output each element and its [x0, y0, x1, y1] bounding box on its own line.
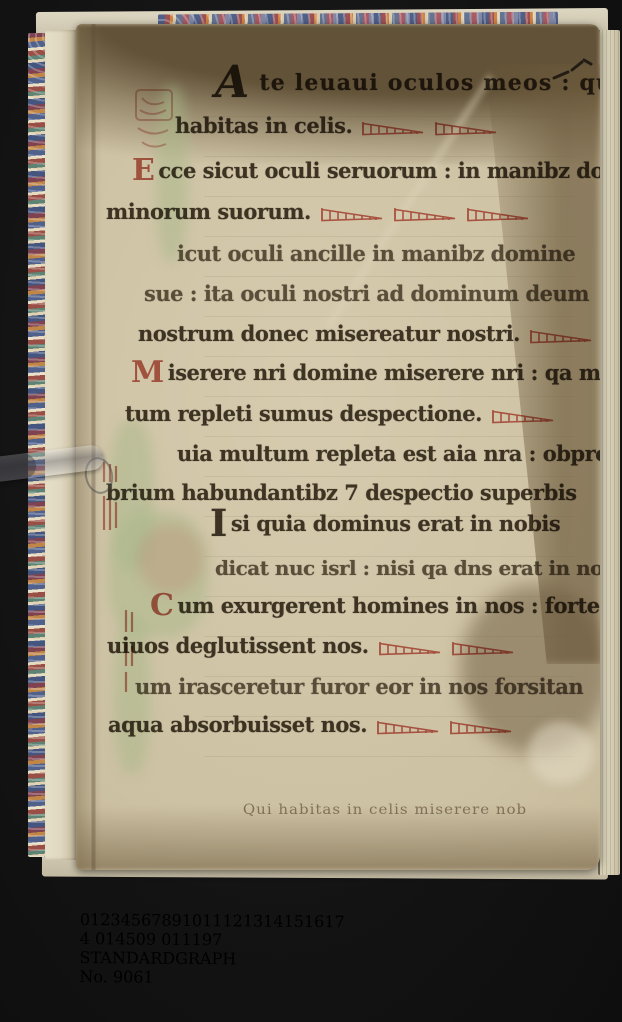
- ruler-number: 14: [263, 912, 284, 931]
- ruler-number: 9: [172, 911, 182, 930]
- manuscript-line: habitas in celis.: [175, 113, 498, 149]
- ruler: 01234567891011121314151617 4 014509 0111…: [79, 910, 590, 986]
- cadel-initial: A: [215, 70, 250, 96]
- manuscript-line: I si quia dominus erat in nobis: [210, 511, 560, 547]
- ruler-number: 13: [243, 911, 264, 930]
- photo-background: { "manuscript": { "page_color": "#d2c6a9…: [0, 0, 622, 1022]
- red-line-filler: [451, 641, 515, 657]
- ruler-number: 12: [222, 911, 243, 930]
- manuscript-line: minorum suorum.: [106, 199, 530, 235]
- red-line-filler: [376, 720, 440, 736]
- red-marginal-sketch: [130, 86, 180, 160]
- manuscript-line: nostrum donec misereatur nostri.: [138, 321, 593, 357]
- manuscript-line: E cce sicut oculi seruorum : in manibz d…: [132, 158, 600, 194]
- ruler-number: 8: [161, 911, 171, 930]
- ruler-number: 0: [80, 910, 90, 929]
- manuscript-line: dicat nuc isrl : nisi qa dns erat in nob: [215, 556, 600, 592]
- red-line-filler: [378, 641, 442, 657]
- manuscript-line: aqua absorbuisset nos.: [108, 712, 513, 748]
- red-line-filler: [529, 329, 593, 345]
- ruler-number: 17: [324, 912, 345, 931]
- manuscript-line: sue : ita oculi nostri ad dominum deum: [144, 281, 589, 317]
- rubric-initial: M: [131, 360, 164, 386]
- ruler-number: 10: [182, 911, 203, 930]
- manuscript-line: uiuos deglutissent nos.: [107, 633, 515, 669]
- manuscript-text: dicat nuc isrl : nisi qa dns erat in nob: [215, 556, 600, 580]
- ruler-number: 1: [90, 910, 100, 929]
- manuscript-page: A te leuaui oculos meos : qui habitas in…: [76, 24, 600, 870]
- faded-red-smudge: [138, 524, 204, 594]
- ruler-number: 2: [100, 910, 110, 929]
- manuscript-line: uia multum repleta est aia nra : obpro: [177, 441, 600, 477]
- manuscript-text: te leuaui oculos meos : qui: [259, 70, 600, 96]
- red-line-filler: [320, 207, 384, 223]
- book-fore-edge: [598, 30, 620, 875]
- parchment-abrasion: [528, 722, 594, 784]
- manuscript-text: um irasceretur furor eor in nos forsitan: [135, 674, 583, 699]
- manuscript-line: icut oculi ancille in manibz domine: [177, 241, 575, 277]
- red-line-filler: [491, 409, 555, 425]
- manuscript-text: uiuos deglutissent nos.: [107, 633, 369, 658]
- manuscript-line: um irasceretur furor eor in nos forsitan: [135, 674, 583, 710]
- manuscript-text: brium habundantibz 7 despectio superbis: [106, 480, 577, 505]
- manuscript-line: M iserere nri domine miserere nri : qa m…: [131, 360, 600, 396]
- ruler-number: 4: [121, 910, 131, 929]
- red-line-filler: [361, 121, 425, 137]
- ruler-number: 11: [202, 911, 223, 930]
- ruler-number: 3: [110, 910, 120, 929]
- manuscript-text: um exurgerent homines in nos : forte: [177, 593, 599, 618]
- ruler-number: 6: [141, 911, 151, 930]
- manuscript-line: C um exurgerent homines in nos : forte: [150, 593, 600, 629]
- ruler-number: 16: [304, 912, 325, 931]
- red-line-filler: [434, 121, 498, 137]
- rubric-initial: C: [150, 593, 173, 619]
- red-line-filler: [449, 720, 513, 736]
- manuscript-text: minorum suorum.: [106, 199, 311, 224]
- manuscript-line: A te leuaui oculos meos : qui: [215, 70, 600, 106]
- red-line-filler: [466, 207, 530, 223]
- rubric-initial: E: [132, 158, 154, 184]
- ruler-number: 15: [283, 912, 304, 931]
- manuscript-text: habitas in celis.: [175, 113, 352, 138]
- manuscript-text: si quia dominus erat in nobis: [231, 511, 560, 536]
- manuscript-text: nostrum donec misereatur nostri.: [138, 321, 520, 346]
- manuscript-line: tum repleti sumus despectione.: [125, 401, 555, 437]
- ruler-model-number: No. 9061: [79, 967, 589, 990]
- manuscript-text: icut oculi ancille in manibz domine: [177, 241, 575, 266]
- manuscript-text: uia multum repleta est aia nra : obpro: [177, 441, 600, 466]
- flyleaf-edge: [45, 30, 79, 860]
- ruler-number: 5: [131, 910, 141, 929]
- manuscript-text: sue : ita oculi nostri ad dominum deum: [144, 281, 589, 306]
- catchword: Qui habitas in celis miserere nob: [205, 800, 565, 817]
- manuscript-text: tum repleti sumus despectione.: [125, 401, 482, 426]
- ink-initial: I: [210, 511, 227, 536]
- red-line-filler: [393, 207, 457, 223]
- manuscript-text: cce sicut oculi seruorum : in manibz do: [158, 158, 600, 183]
- manuscript-text: iserere nri domine miserere nri : qa mul: [168, 360, 600, 385]
- manuscript-text: aqua absorbuisset nos.: [108, 712, 367, 737]
- ruler-number: 7: [151, 911, 161, 930]
